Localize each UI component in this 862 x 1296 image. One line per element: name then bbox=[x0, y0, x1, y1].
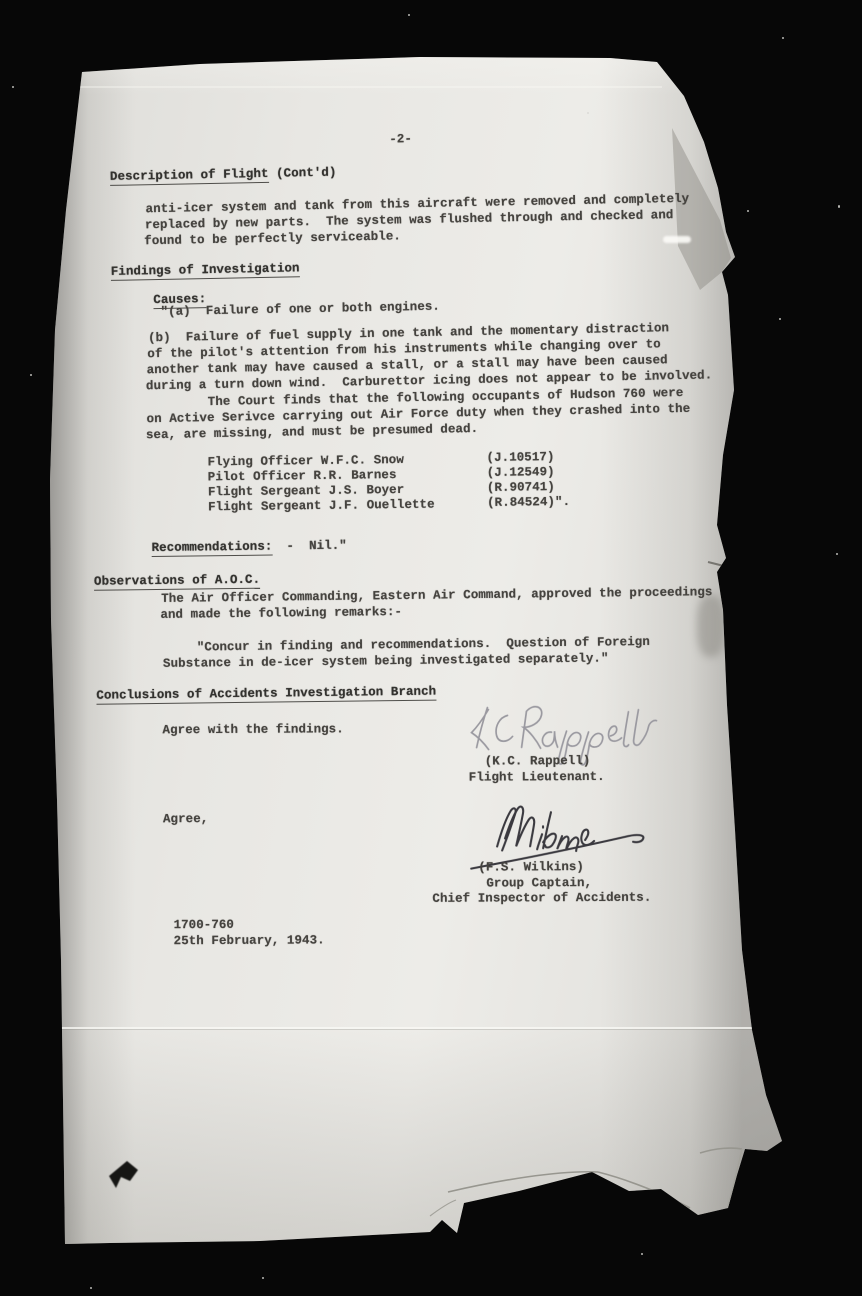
agree-with-findings-text: Agree with the findings. bbox=[162, 721, 343, 738]
agree-text: Agree, bbox=[163, 811, 208, 827]
ink-blot-mark bbox=[100, 1156, 146, 1196]
dust-speck bbox=[30, 374, 32, 376]
dust-speck bbox=[12, 86, 14, 88]
signature2-title: Chief Inspector of Accidents. bbox=[432, 890, 651, 907]
dust-speck bbox=[782, 37, 784, 39]
dust-speck bbox=[262, 1277, 264, 1279]
dust-speck bbox=[587, 112, 589, 114]
signature1-rank: Flight Lieutenant. bbox=[469, 769, 605, 786]
dust-speck bbox=[836, 553, 838, 555]
dust-speck bbox=[90, 1287, 92, 1289]
signature2-typed-name: (F.S. Wilkins) bbox=[478, 859, 584, 876]
dust-speck bbox=[838, 205, 840, 208]
scanned-document-page: -2- Description of Flight (Cont'd) anti-… bbox=[0, 0, 862, 1296]
dust-speck bbox=[641, 1253, 643, 1255]
signature2-rank: Group Captain, bbox=[486, 875, 592, 892]
file-number: 1700-760 bbox=[174, 917, 235, 933]
dust-speck bbox=[408, 14, 410, 16]
signature1-typed-name: (K.C. Rappell) bbox=[485, 753, 591, 770]
dust-speck bbox=[779, 318, 781, 320]
dust-speck bbox=[747, 210, 749, 212]
text-group-bottom: Agree with the findings. (K.C. Rappell) … bbox=[0, 0, 862, 1296]
paper-sheet: -2- Description of Flight (Cont'd) anti-… bbox=[0, 0, 862, 1296]
document-date: 25th February, 1943. bbox=[174, 932, 325, 949]
